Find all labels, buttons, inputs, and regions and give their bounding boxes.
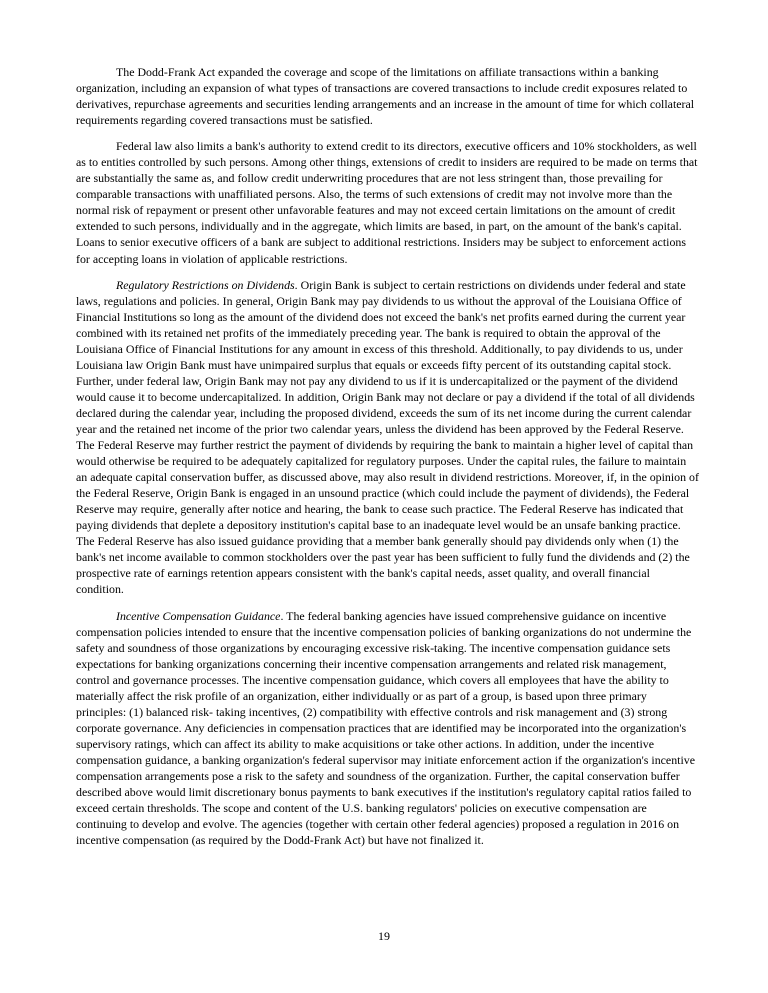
page-number: 19 — [0, 928, 768, 944]
paragraph-dividend-restrictions: Regulatory Restrictions on Dividends. Or… — [76, 277, 699, 598]
paragraph-text: The Dodd-Frank Act expanded the coverage… — [76, 65, 694, 127]
paragraph-text: Federal law also limits a bank's authori… — [76, 139, 697, 265]
paragraph-insider-credit: Federal law also limits a bank's authori… — [76, 138, 699, 266]
section-heading: Incentive Compensation Guidance — [116, 609, 280, 623]
document-page: The Dodd-Frank Act expanded the coverage… — [76, 64, 699, 858]
paragraph-text: . The federal banking agencies have issu… — [76, 609, 695, 848]
paragraph-text: . Origin Bank is subject to certain rest… — [76, 278, 699, 597]
paragraph-affiliate-transactions: The Dodd-Frank Act expanded the coverage… — [76, 64, 699, 128]
section-heading: Regulatory Restrictions on Dividends — [116, 278, 295, 292]
paragraph-incentive-compensation: Incentive Compensation Guidance. The fed… — [76, 608, 699, 849]
